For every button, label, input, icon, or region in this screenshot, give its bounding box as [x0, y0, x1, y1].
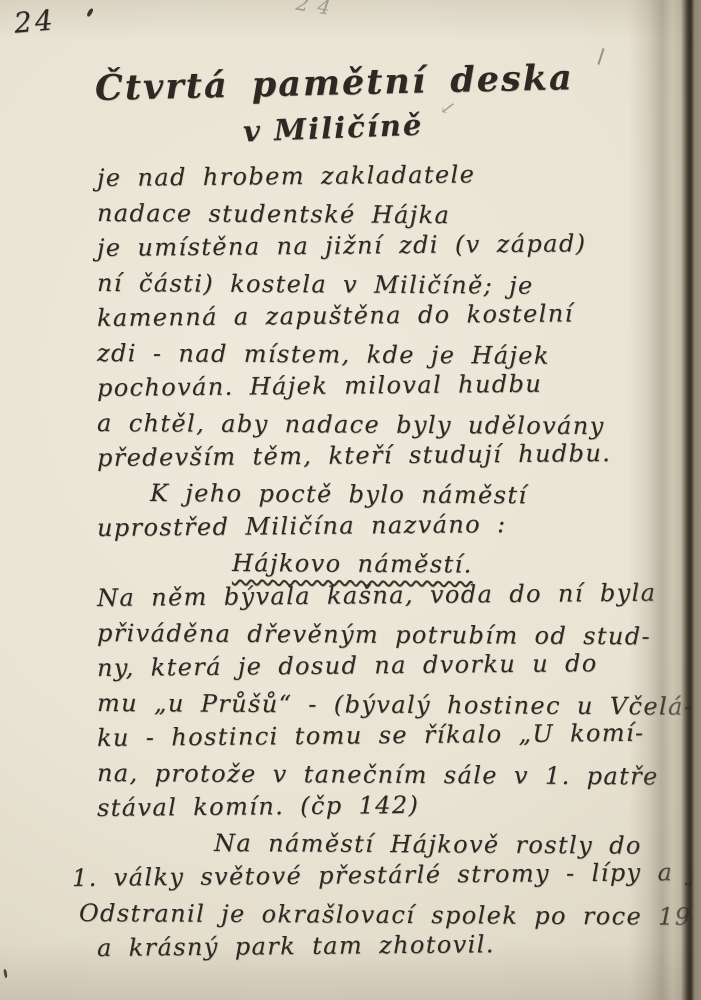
- manuscript-line: Na něm bývala kašna, voda do ní byla: [97, 575, 701, 616]
- manuscript-line: 1. války světové přestárlé stromy - lípy…: [72, 855, 701, 896]
- page-subtitle: v Miličíně: [242, 108, 423, 149]
- pencil-arrow-mark: ↙: [439, 96, 458, 120]
- manuscript-line: je nad hrobem zakladatele: [97, 155, 701, 196]
- ink-speck: [86, 8, 94, 18]
- manuscript-line: ku - hostinci tomu se říkalo „U komí-: [97, 715, 701, 756]
- manuscript-page: 24 24 Čtvrtá pamětní deska v Miličíně ↙ …: [0, 0, 701, 1000]
- manuscript-line: především těm, kteří studují hudbu.: [97, 435, 701, 476]
- manuscript-line: uprostřed Miličína nazváno :: [97, 505, 701, 546]
- page-title: Čtvrtá pamětní deska: [95, 54, 701, 109]
- manuscript-line: stával komín. (čp 142): [97, 785, 701, 826]
- manuscript-body: je nad hrobem zakladatele nadace student…: [0, 161, 701, 966]
- page-number: 24: [13, 3, 57, 40]
- ink-speck: [3, 969, 8, 978]
- manuscript-line: je umístěna na jižní zdi (v západ): [97, 225, 701, 266]
- manuscript-line: pochován. Hájek miloval hudbu: [97, 365, 701, 406]
- manuscript-line: ny, která je dosud na dvorku u do: [97, 645, 701, 686]
- section-heading: Hájkovo náměstí.: [232, 549, 473, 578]
- pencil-page-number: 24: [294, 0, 341, 21]
- page-edge-shadow: [629, 0, 701, 1000]
- manuscript-line: a krásný park tam zhotovil.: [97, 925, 701, 966]
- manuscript-line: kamenná a zapuštěna do kostelní: [97, 295, 701, 336]
